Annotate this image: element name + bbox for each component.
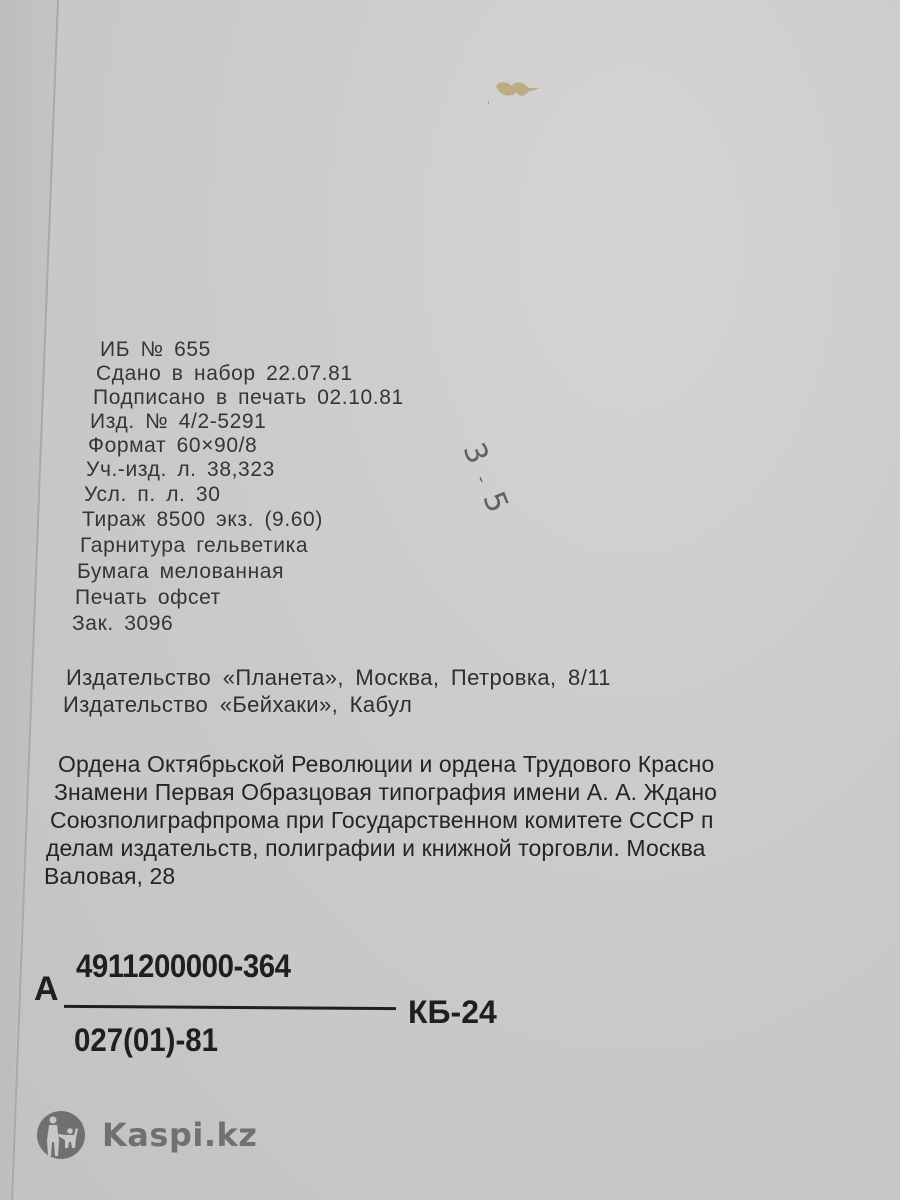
- code-side: КБ-24: [408, 994, 497, 1031]
- imprint-line-printing: Печать офсет: [75, 586, 221, 610]
- code-denominator: 027(01)-81: [74, 1022, 218, 1059]
- classification-code: А 4911200000-364 027(01)-81 КБ-24: [34, 944, 554, 1064]
- code-numerator: 4911200000-364: [76, 948, 291, 985]
- code-fraction-rule: [64, 1005, 396, 1010]
- printer-line: делам издательств, полиграфии и книжной …: [46, 835, 706, 862]
- imprint-line-publishing-sheets: Уч.-изд. л. 38,323: [86, 458, 275, 482]
- imprint-line-paper: Бумага мелованная: [77, 560, 284, 584]
- imprint-line-print-run: Тираж 8500 экз. (9.60): [82, 508, 323, 532]
- printer-line: Валовая, 28: [44, 863, 175, 890]
- family-silhouette-icon: [36, 1110, 86, 1160]
- printer-line: Ордена Октябрьской Революции и ордена Тр…: [58, 751, 714, 778]
- watermark-text: Kaspi.kz: [102, 1116, 257, 1154]
- printer-line: Знамени Первая Образцовая типография име…: [54, 779, 717, 806]
- code-letter: А: [34, 970, 59, 1009]
- imprint-line-printed-sheets: Усл. п. л. 30: [84, 483, 220, 507]
- publisher-line-beyhaqi: Издательство «Бейхаки», Кабул: [63, 692, 412, 718]
- imprint-line-format: Формат 60×90/8: [88, 434, 257, 458]
- watermark: Kaspi.kz: [36, 1110, 257, 1160]
- handwritten-note-part: -: [471, 472, 494, 488]
- publisher-line-planeta: Издательство «Планета», Москва, Петровка…: [66, 665, 611, 691]
- imprint-line-ib: ИБ № 655: [100, 338, 211, 362]
- imprint-line-typeset-date: Сдано в набор 22.07.81: [96, 362, 353, 386]
- imprint-line-signed-date: Подписано в печать 02.10.81: [93, 386, 404, 410]
- imprint-line-typeface: Гарнитура гельветика: [80, 534, 308, 558]
- imprint-line-order: Зак. 3096: [72, 612, 173, 636]
- imprint-line-edition-number: Изд. № 4/2-5291: [90, 410, 266, 434]
- stain-mark: [488, 76, 548, 106]
- printer-line: Союзполиграфпрома при Государственном ко…: [50, 807, 714, 834]
